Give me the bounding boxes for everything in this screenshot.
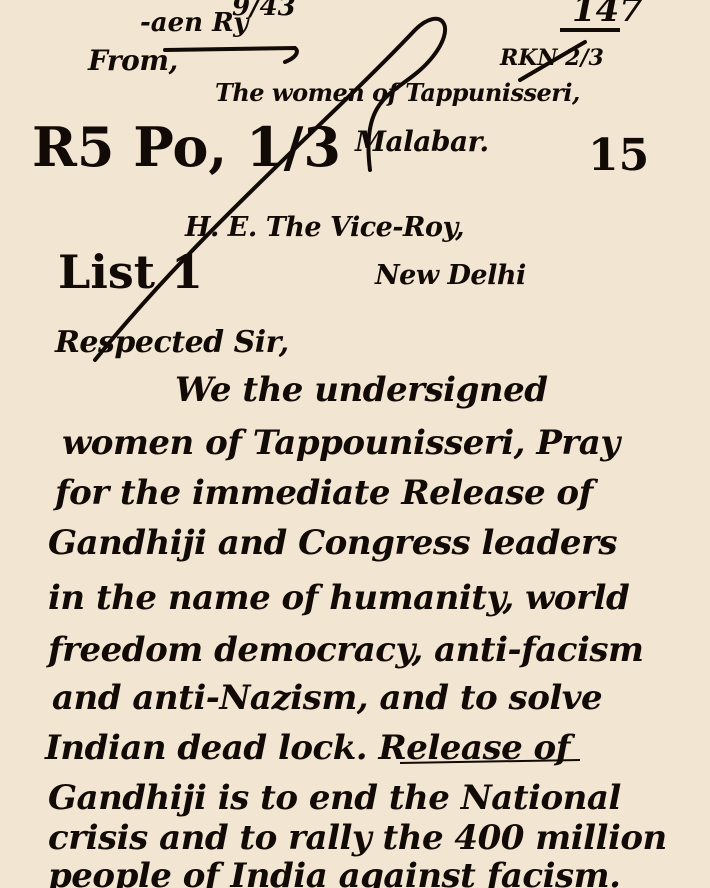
body-line: women of Tappounisseri, Pray: [62, 423, 620, 463]
date-fragment-annotation: 9/43: [232, 0, 296, 22]
recipient-line-2: New Delhi: [375, 260, 526, 291]
recipient-line-1: H. E. The Vice-Roy,: [185, 212, 464, 243]
body-line: Indian dead lock. Release of: [45, 728, 570, 768]
left-reference-annotation: R5 Po, 1/3: [32, 115, 341, 179]
letter-page: -aen Ry 9/43 147 RKN 2/3 R5 Po, 1/3 List…: [0, 0, 710, 888]
body-line: people of India against facism.: [48, 856, 620, 888]
body-line: freedom democracy, anti-facism: [48, 630, 644, 670]
initials-annotation: RKN 2/3: [500, 45, 604, 71]
body-line: crisis and to rally the 400 million: [48, 818, 667, 858]
body-line: for the immediate Release of: [55, 473, 593, 513]
body-line: and anti-Nazism, and to solve: [52, 678, 602, 718]
sender-line-1: The women of Tappunisseri,: [215, 78, 580, 107]
list-annotation: List 1: [58, 245, 203, 299]
page-number-annotation: 147: [572, 0, 643, 30]
right-mark-annotation: 15: [588, 130, 649, 181]
body-line: Gandhiji is to end the National: [48, 778, 621, 818]
salutation: Respected Sir,: [55, 325, 289, 360]
from-label: From,: [88, 44, 178, 77]
body-line: We the undersigned: [175, 370, 548, 410]
sender-line-2: Malabar.: [355, 125, 489, 158]
body-line: in the name of humanity, world: [48, 578, 629, 618]
body-line: Gandhiji and Congress leaders: [48, 523, 617, 563]
